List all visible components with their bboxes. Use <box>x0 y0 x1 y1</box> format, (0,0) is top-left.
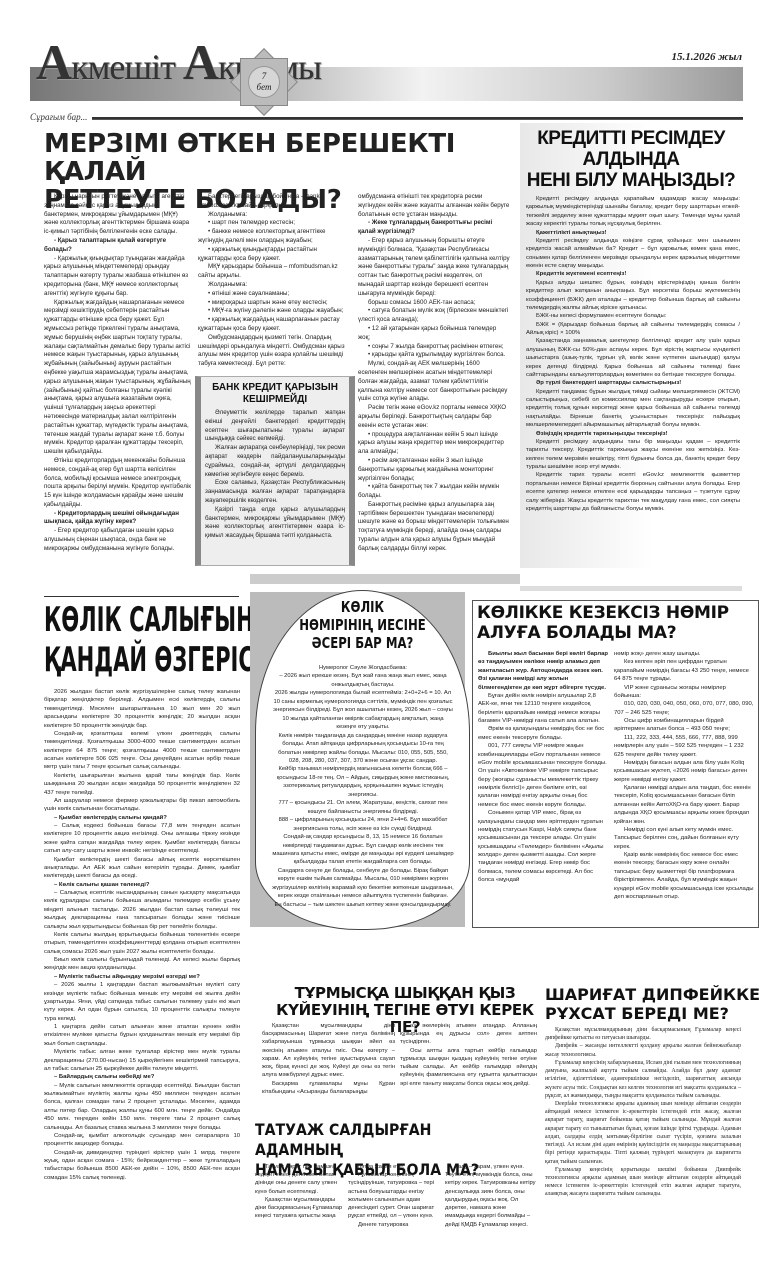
box-bottom-shadow <box>250 574 520 584</box>
paragraph: Нөмірдің бағасын алдын ала білу үшін Kol… <box>614 759 754 784</box>
paragraph: Қазақстан мұсылмандарының діни басқармас… <box>545 1026 741 1042</box>
paragraph: Көліктің шығарылған жылына қарай тағы же… <box>44 772 240 797</box>
paragraph: Жолданымға: <box>198 281 348 290</box>
paragraph: 001, 777 сияқты VIP нөмірге жақын комбин… <box>478 742 608 809</box>
paragraph: Биыл көлік салығы бұрынғыдай төленеді. А… <box>44 956 240 973</box>
paragraph: Бұған дейін көлік нөмірін алушылар 2,8 А… <box>478 692 608 726</box>
paragraph: Мүлкі, сондай-ақ АЕК мөлшерінің 1600 есе… <box>358 360 510 404</box>
paragraph: • қарызды қайта құрылымдау жүргізілген б… <box>358 351 510 360</box>
paragraph: Қарыз алуды шешпес бұрын, өзіңіздің кірі… <box>526 279 740 313</box>
paragraph: Өтініш кредиторлардың мекенжайы бойынша … <box>44 457 192 510</box>
paragraph: – Салықтық есептілік нысандарының санын … <box>44 889 240 931</box>
paragraph: Еске саламыз, Қазақстан Республикасының … <box>205 479 345 505</box>
debt-column-1: Қаржы нарығын реттеу және дамыту агентті… <box>44 193 192 554</box>
subheading: Қажеттілікті анықтаңыз! <box>526 229 740 237</box>
paragraph: – 2026 жыл ерекше кезең. Бұл жай ғана жа… <box>272 672 454 689</box>
paragraph: нөмір жоқ» деген жазу шығады. <box>614 650 754 658</box>
debt-column-3: омбудсманға өтінішті тек кредиторға ресм… <box>358 193 510 554</box>
paragraph: Нөмірді сол күні алып кету мүмкін емес. … <box>614 826 754 851</box>
paragraph: 777 – қосындысы 21. Ол әлем, Жаратушы, к… <box>272 799 454 816</box>
paragraph: Осы цифр комбинацияларын бірдей әріптерм… <box>614 717 754 734</box>
numerology-body: Нумеролог Сәуле Жолдасбаева:– 2026 жыл е… <box>272 664 454 909</box>
issue-date: 15.1.2026 жыл <box>671 50 742 66</box>
paragraph: Кез келген әріп пен цифрдан тұратын қара… <box>614 658 754 683</box>
paragraph: 888 – цифрларының қосындысы 24, яғни 2+4… <box>272 816 454 833</box>
paragraph: Банкроттық рәсіміне қарыз алушыларға заң… <box>358 501 510 554</box>
paragraph: Денеге татуировка <box>348 1221 440 1229</box>
paragraph: Банктердегі қарыздар бойынша – bank-ombu… <box>198 193 348 211</box>
paragraph: Қазақстанда заңнамалық шектеулер белгіле… <box>526 337 740 379</box>
paragraph: • қаржылық жағдайдың нашарлағанын растау… <box>198 316 348 334</box>
paragraph: Рәсім тегін және eGov.kz порталы немесе … <box>358 404 510 430</box>
paragraph: Қазір көлік нөмірінің бос немесе бос еме… <box>614 851 754 901</box>
paragraph: Татуаж дәрет пен намазға кедергі емес, д… <box>255 1163 343 1196</box>
paragraph: Кредитті ресімдеу алдындағы тағы бір маң… <box>526 438 740 472</box>
paragraph: Басқарма ғұламалары мұны Құран кітабында… <box>262 1080 395 1096</box>
headline-plates: КӨЛІККЕ КЕЗЕКСІЗ НӨМІР АЛУҒА БОЛАДЫ МА? <box>477 603 757 643</box>
paragraph: 1 қаңтарға дейін сатып алынған және атал… <box>44 1023 240 1048</box>
paragraph: Қалаған нөмірді алдын ала таңдап, бос ек… <box>614 784 754 826</box>
subheading: Биылғы жыл басынан бері көлігі барлар өз… <box>478 650 608 692</box>
paragraph: Көлік салығы жылдың қорытындысы бойынша … <box>44 931 240 956</box>
paragraph: Кейбір танымал нөмірлердің мағынасына ке… <box>272 765 454 799</box>
paragraph: өз әкелерінің атымен атаңдар. Алланың құ… <box>400 1022 537 1047</box>
bank-box-title: БАНК КРЕДИТ ҚАРЫЗЫН КЕШІРМЕЙДІ <box>205 382 345 406</box>
subheading: Өзіңіздің кредиттік тарихыңызды тексерің… <box>526 430 740 438</box>
paragraph: Сандарға сенуге де болады, сенбеуге де б… <box>272 867 454 901</box>
subheading: – Байлардың салығы көбейді ме? <box>44 1073 240 1081</box>
paragraph: Кредитті ресімдеу алдында қарапайым қада… <box>526 195 740 229</box>
paragraph: Дипфейк – жасанды интеллектті қолдану ар… <box>545 1042 741 1058</box>
paragraph: пәтуа жария етті. <box>348 1163 440 1171</box>
paragraph: Қаржылық жағдайдың нашарлағанын немесе м… <box>44 299 192 457</box>
paragraph: • банкке немесе коллекторлық агенттікке … <box>198 228 348 246</box>
paragraph: • соңғы 7 жылда банкроттық рәсімінен өтп… <box>358 343 510 352</box>
tattoo-column-1: Татуаж дәрет пен намазға кедергі емес, д… <box>255 1163 343 1221</box>
paragraph: Ең бастысы – тым шектен шығып кетпеу жән… <box>272 901 454 909</box>
paragraph: Қазақстан мұсылмандары діни басқармасыны… <box>262 1022 395 1080</box>
credit-article-body: Кредитті ресімдеу алдында қарапайым қада… <box>526 195 740 513</box>
paragraph: омбудсманға өтінішті тек кредиторға ресм… <box>358 193 510 219</box>
paragraph: • 12 ай қатарынан қарыз бойынша төлемдер… <box>358 325 510 343</box>
paragraph: Қазақстан мұсылмандары діни басқармасыны… <box>255 1196 343 1221</box>
paragraph: МҚҰ қарыздары бойынша – mfombudsman.kz с… <box>198 263 348 281</box>
paragraph: Жалған ақпаратқа сенбеулеріңізді, тек ре… <box>205 444 345 479</box>
paragraph: – Салық кодексі бойынша бағасы 77,8 млн … <box>44 822 240 856</box>
paragraph: Мүліктік табыс алған жеке тұлғалар кіріс… <box>44 1048 240 1073</box>
paragraph: Кредиттік тарих туралы есепті eGov.kz ме… <box>526 471 740 513</box>
paragraph: 2026 жылдан бастап көлік жүргізушілеріне… <box>44 688 240 730</box>
page-number: 7 бет <box>248 66 280 98</box>
paragraph: Нумеролог Сәуле Жолдасбаева: <box>272 664 454 672</box>
headline-numerology: КӨЛІК НӨМІРІНІҢ ИЕСІНЕ ӘСЕРІ БАР МА? <box>290 598 434 652</box>
paragraph: • микроқарыз шартын және өтеу кестесін; <box>198 299 348 308</box>
box-bottom-shadow <box>520 586 742 591</box>
paragraph: - Қаржылық қиындықтар туындаған жағдайда… <box>44 255 192 299</box>
tattoo-column-2: пәтуа жария етті.Ғұламалар кеңесінің түс… <box>348 1163 440 1229</box>
paragraph: Кредитті таңдамас бұрын жылдық тиімді сы… <box>526 388 740 430</box>
paragraph: • МҚҰ-ға жүгіну дәлелін және оларды жауа… <box>198 307 348 316</box>
paragraph: Сонымен қатар VIP емес, бірақ өз қалауын… <box>478 809 608 884</box>
subheading: – Қымбат көліктердің салығы қандай? <box>44 814 240 822</box>
deepfake-body: Қазақстан мұсылмандарының діни басқармас… <box>545 1026 741 1199</box>
paragraph: салу – харам, үлкен күнә. Тәубе етіп, мү… <box>445 1163 537 1229</box>
subheading: Кредиттік жүктемені есептеңіз! <box>526 270 740 278</box>
paragraph: • рәсім аяқталғаннан кейін 3 жыл ішінде … <box>358 457 510 483</box>
bank-box-content: БАНК КРЕДИТ ҚАРЫЗЫН КЕШІРМЕЙДІ Әлеуметті… <box>205 382 345 541</box>
subheading: - Кредиторлардың шешімі ойындағыдан шықп… <box>44 510 192 528</box>
paragraph: борыш сомасы 1600 АЕК-тан аспаса; <box>358 299 510 308</box>
paragraph: Ғұламалар кеңесінің хабарлауынша, Ислам … <box>545 1059 741 1100</box>
paragraph: Әлеуметтік желілерде таралып жатқан екін… <box>205 409 345 444</box>
paragraph: Осы аятты алға тартып кейбір ғалымдар тұ… <box>400 1047 537 1088</box>
paragraph: • процедура аяқталғаннан кейін 5 жыл іші… <box>358 431 510 457</box>
section-divider <box>92 117 743 120</box>
paragraph: – 2026 жылғы 1 қаңтардан бастап жылжымай… <box>44 981 240 1023</box>
paragraph: Сондай-ақ дивидендтер түріндегі кірістер… <box>44 1149 240 1183</box>
paragraph: 111, 222, 333, 444, 555, 666, 777, 888, … <box>614 734 754 759</box>
plates-column-1: Биылғы жыл басынан бері көлігі барлар өз… <box>478 650 608 885</box>
headline-deepfake: ШАРИҒАТ ДИПФЕЙККЕ РҰХСАТ БЕРЕДІ МЕ? <box>545 985 765 1023</box>
paragraph: Қазіргі таңда елде қарыз алушылардың бан… <box>205 506 345 541</box>
paragraph: • шарт пен төлемдер кестесін; <box>198 219 348 228</box>
paragraph: БЖК = (Қарыздар бойынша барлық ай сайынғ… <box>526 321 740 338</box>
paragraph: Көлік нөмірін таңдағанда да сандардың мә… <box>272 732 454 766</box>
paragraph: БЖК-ны келесі формуламен есептеуге болад… <box>526 312 740 320</box>
paragraph: Жолданымға: <box>198 211 348 220</box>
subheading: – Мүліктік табысты айқындау мерзімі өзге… <box>44 973 240 981</box>
married-name-column-2: өз әкелерінің атымен атаңдар. Алланың құ… <box>400 1022 537 1088</box>
paragraph: Ғұламалар кеңесінің түсіндіруінше, татуи… <box>348 1171 440 1220</box>
paragraph: - Егер қарыз алушының борышты өтеуге мүм… <box>358 237 510 299</box>
subheading: - Жеке тұлғалардың банкроттығы ресімі қа… <box>358 219 510 237</box>
paragraph: Сондай-ақ, қымбат алкогольдік сусындар м… <box>44 1132 240 1149</box>
married-name-column-1: Қазақстан мұсылмандары діни басқармасыны… <box>262 1022 395 1096</box>
paragraph: • өтініші және сауалнаманы; <box>198 290 348 299</box>
paragraph: VIP және сұранысы жоғары нөмірлер бойынш… <box>614 684 754 701</box>
paragraph: Қаржы нарығын реттеу және дамыту агентті… <box>44 193 192 237</box>
headline-credit: КРЕДИТТІ РЕСІМДЕУ АЛДЫНДА НЕНІ БІЛУ МАҢЫ… <box>520 128 742 191</box>
paragraph: • қайта банкроттық тек 7 жылдан кейін мү… <box>358 483 510 501</box>
paragraph: Deepfake технологиясы арқылы адамның шын… <box>545 1100 741 1166</box>
subheading: – Көлік салығы қашан төленеді? <box>44 881 240 889</box>
subheading: Әр түрлі банктердегі шарттарды салыстыры… <box>526 379 740 387</box>
paragraph: Ғұламалар кеңесінің қорытынды шешімі бой… <box>545 1166 741 1199</box>
car-tax-body: 2026 жылдан бастап көлік жүргізушілеріне… <box>44 688 240 1182</box>
paragraph: 010, 020, 030, 040, 050, 060, 070, 077, … <box>614 700 754 717</box>
paragraph: • қаржылық қиындықтарды растайтын құжатт… <box>198 246 348 264</box>
subheading: - Қарыз талаптарын қалай өзгертуге болад… <box>44 237 192 255</box>
bank-box-body: Әлеуметтік желілерде таралып жатқан екін… <box>205 409 345 541</box>
paragraph: – Мүлік салығын мемлекеттік органдар есе… <box>44 1082 240 1132</box>
paragraph: Қымбат көліктердің шекті бағасы айлық ес… <box>44 856 240 881</box>
paragraph: Әркім өз қалауындағы нөмірдің бос не бос… <box>478 725 608 742</box>
debt-column-2: Банктердегі қарыздар бойынша – bank-ombu… <box>198 193 348 369</box>
paragraph: Кредитті ресімдеу алдында өзіңізге сұрақ… <box>526 237 740 271</box>
headline-car-tax: КӨЛІК САЛЫҒЫНДА ҚАНДАЙ ӨЗГЕРІС БАР? <box>44 600 284 680</box>
paragraph: Сондай-ақ сандар қосындысы 8, 13, 15 нем… <box>272 833 454 867</box>
paragraph: • сатуға болатын мүлік жоқ (бірлескен ме… <box>358 307 510 325</box>
paragraph: Омбудсмандардың қызметі тегін. Олардың ш… <box>198 334 348 369</box>
section-label: Сұрағым бар... <box>30 111 87 124</box>
divider <box>44 596 239 597</box>
paragraph: 2026 жылды нумерологияда былай есептеймі… <box>272 689 454 731</box>
paragraph: Ал шаруалар немесе фермер қожалықтары бі… <box>44 797 240 814</box>
tattoo-column-3: салу – харам, үлкен күнә. Тәубе етіп, мү… <box>445 1163 537 1229</box>
plates-column-2: нөмір жоқ» деген жазу шығады.Кез келген … <box>614 650 754 901</box>
paragraph: - Егер кредитор қабылдаған шешім қарыз а… <box>44 527 192 553</box>
paragraph: Сондай-ақ қозғалтқыш көлемі үлкен джипте… <box>44 730 240 772</box>
